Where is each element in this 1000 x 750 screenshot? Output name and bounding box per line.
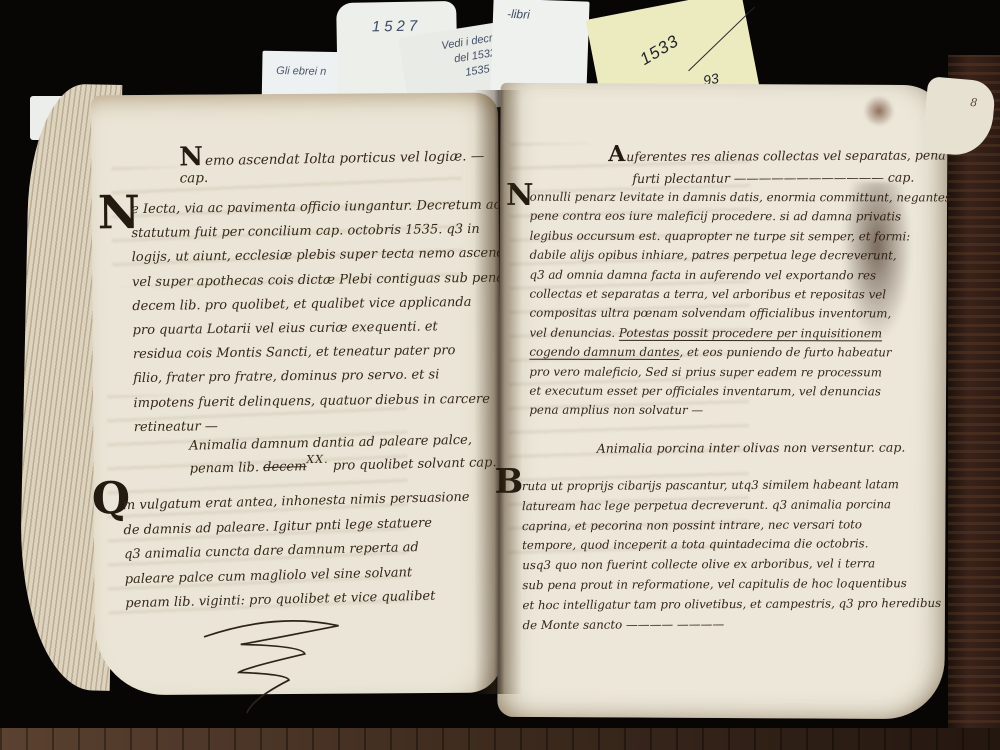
left-page: Nemo ascendat Iolta porticus vel logiæ. … (91, 93, 502, 696)
manuscript-line: impotens fuerit delinquens, quatuor dieb… (133, 387, 493, 416)
manuscript-line: cogendo damnum dantes, et eos puniendo d… (529, 343, 950, 363)
right-paragraph-2: ruta ut proprijs cibarijs pascantur, utq… (522, 475, 942, 636)
heading-text: penam lib. (190, 460, 264, 477)
manuscript-line: pro vero maleficio, Sed si prius super e… (529, 362, 950, 382)
manuscript-text: , et eos puniendo de furto habeatur (680, 345, 892, 359)
manuscript-line: vel denuncias. Potestas possit procedere… (529, 324, 950, 344)
superscript-correction: XX. (306, 453, 329, 466)
manuscript-line: tempore, quod inceperit a tota quintadec… (522, 534, 941, 556)
heading-text: uferentes res alienas collectas vel sepa… (626, 147, 946, 164)
note-year: 1533 (637, 31, 683, 70)
left-chapter-heading-1: Nemo ascendat Iolta porticus vel logiæ. … (179, 139, 499, 187)
manuscript-line: pena amplius non solvatur — (529, 401, 950, 421)
right-paragraph-1: onnulli penarz levitate in damnis datis,… (529, 188, 951, 422)
manuscript-line: pene contra eos iure maleficij procedere… (530, 207, 951, 227)
manuscript-line: onnulli penarz levitate in damnis datis,… (530, 188, 951, 208)
manuscript-line: sub pena prout in reformatione, vel capi… (522, 574, 941, 596)
struck-word-decem: decem (263, 459, 307, 475)
manuscript-line: usq3 quo non fuerint collecte olive ex a… (522, 554, 941, 576)
manuscript-line: q3 ad omnia damna facta in auferendo vel… (530, 265, 951, 285)
manuscript-line: et hoc intelligatur tam pro olivetibus, … (522, 594, 941, 616)
heading-text: emo ascendat Iolta porticus vel logiæ. —… (179, 148, 484, 186)
left-chapter-heading-2: Animalia damnum dantia ad paleare palce,… (189, 429, 460, 481)
heading-line: penam lib. decemXX. pro quolibet solvant… (189, 452, 459, 481)
bookmark-tab-label: 1527 (372, 18, 422, 36)
right-page: Auferentes res alienas collectas vel sep… (497, 83, 947, 719)
manuscript-line: compositas ultra pœnam solvendam officia… (529, 304, 950, 324)
notarial-flourish (198, 608, 369, 719)
wood-floor-strip (0, 728, 1000, 750)
manuscript-line: ruta ut proprijs cibarijs pascantur, utq… (522, 475, 941, 497)
right-chapter-heading-1: Auferentes res alienas collectas vel sep… (608, 141, 946, 190)
right-chapter-heading-2: Animalia porcina inter olivas non versen… (597, 440, 906, 456)
left-paragraph-1: e Iecta, via ac pavimenta officio iungan… (131, 194, 494, 440)
manuscript-line: et executum esset per officiales inventa… (529, 382, 950, 402)
manuscript-line: collectas et separatas a terra, vel arbo… (530, 285, 951, 305)
manuscript-photo: Gli ebrei n 1527 Vedi i decreti del 1532… (0, 0, 1000, 750)
note-slash-mark (688, 7, 755, 72)
paragraph-initial-B: B (494, 465, 523, 499)
heading-line: furti plectantur ———————————— cap. (632, 166, 946, 190)
bookmark-tab-libri: -libri (490, 0, 589, 94)
manuscript-line: decem lib. pro quolibet, et qualibet vic… (132, 291, 492, 320)
underlined-phrase: Potestas possit procedere per inquisitio… (619, 326, 882, 340)
wood-shelf-edge (948, 55, 1000, 750)
manuscript-line: legibus occursum est. quapropter ne turp… (530, 227, 951, 247)
manuscript-line: latuream hac lege perpetua decreverunt. … (522, 495, 941, 517)
manuscript-line: dabile alijs opibus inhiare, patres perp… (530, 246, 951, 266)
bookmark-tab-label: -libri (507, 7, 530, 22)
heading-initial-A: A (608, 141, 625, 167)
bookmark-tab-label: Gli ebrei n (276, 65, 326, 78)
manuscript-text: vel denuncias. (529, 326, 618, 340)
underlined-phrase: cogendo damnum dantes (529, 345, 679, 359)
left-paragraph-2: m vulgatum erat antea, inhonesta nimis p… (123, 486, 473, 617)
folio-number: 8 (970, 96, 978, 110)
heading-text: pro quolibet solvant cap. (329, 455, 497, 474)
heading-initial-N: N (179, 142, 203, 172)
heading-line: Auferentes res alienas collectas vel sep… (608, 141, 946, 168)
manuscript-line: de Monte sancto ———— ———— (523, 614, 942, 636)
manuscript-line: caprina, et pecorina non possint intrare… (522, 515, 941, 537)
